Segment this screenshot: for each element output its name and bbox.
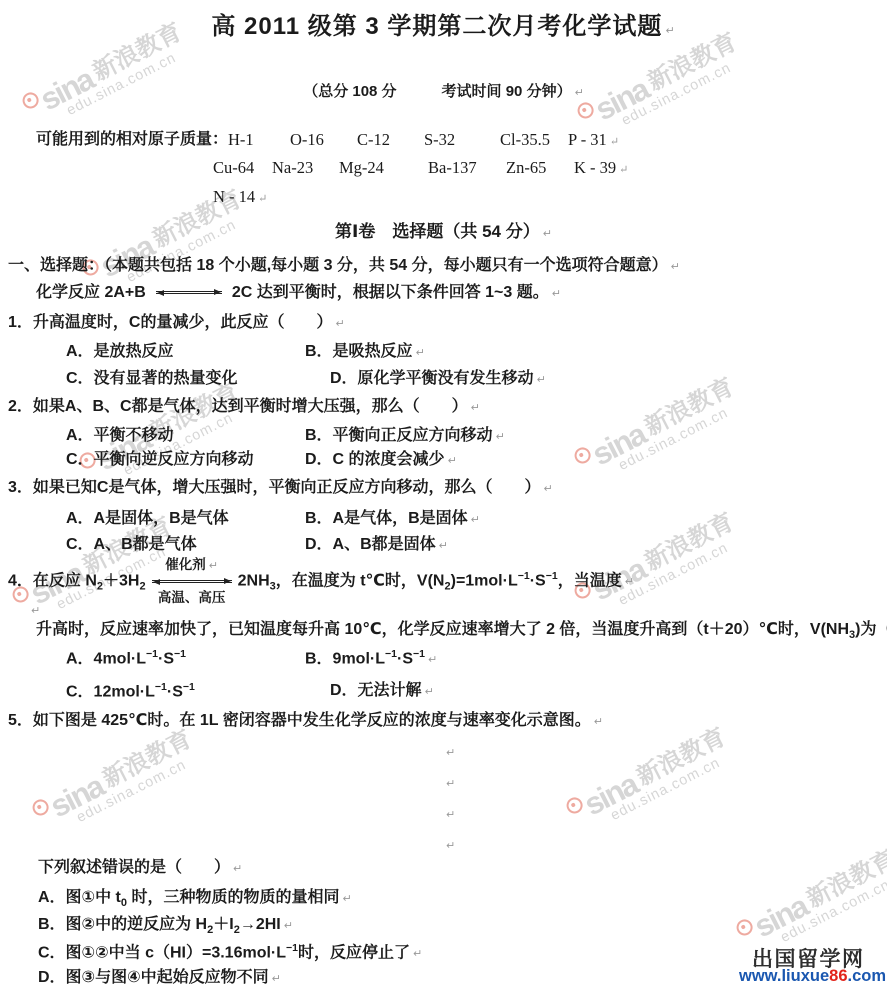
sina-watermark-row: sina 新浪教育 [569,367,739,477]
paragraph-mark: ↵ [443,773,455,793]
liuxue-site-url: www.liuxue86.com [739,967,886,986]
question-4-option-d: D．无法计解↵ [330,681,434,701]
atomic-mass-value: K - 39↵ [574,158,628,179]
question-1-option-c: C．没有显著的热量变化 [66,369,238,389]
sina-edu-brand: 新浪教育 [799,839,887,914]
sina-watermark-row: sina 新浪教育 [561,717,731,827]
question-1: 1．升高温度时，C的量减少，此反应（ ）↵ [8,313,345,333]
paragraph-mark-icon: ↵ [575,87,584,99]
atomic-mass-value: N - 14↵ [213,187,267,208]
question-3-option-d: D．A、B都是固体↵ [305,535,448,555]
sina-eye-logo-icon [572,445,594,467]
question-4-option-c: C．12mol·L−1·S−1 [66,681,195,702]
sina-watermark: sina 新浪教育 edu.sina.com.cn [27,719,204,842]
sina-eye-logo-icon [564,795,586,817]
question-1-option-d: D．原化学平衡没有发生移动↵ [330,369,546,389]
liuxue-url-suffix: .com [848,967,887,985]
sina-wordmark: sina [581,771,641,819]
page-title-text: 高 2011 级第 3 学期第二次月考化学试题 [211,13,662,40]
equilibrium-setup-statement: 化学反应 2A+B2C 达到平衡时，根据以下条件回答 1~3 题。↵ [36,283,561,303]
question-2-option-d: D．C 的浓度会减少↵ [305,450,457,470]
question-2-option-a: A．平衡不移动 [66,426,174,446]
question-5-option-c: C．图①②中当 c（HI）=3.16mol·L−1时，反应停止了↵ [38,942,422,963]
question-5: 5．如下图是 425℃时。在 1L 密闭容器中发生化学反应的浓度与速率变化示意图… [8,711,603,731]
sina-edu-url: edu.sina.com.cn [74,749,203,825]
question-4-option-b: B．9mol·L−1·S−1↵ [305,648,437,669]
sina-edu-brand: 新浪教育 [637,367,738,442]
atomic-mass-value: Cu-64 [213,158,254,179]
question-4: 4．在反应 N2＋3H2催化剂↵高温、高压2NH3，在温度为 t℃时，V(N2)… [8,556,634,606]
sina-wordmark: sina [47,773,107,821]
sina-eye-logo-icon [734,917,756,939]
atomic-mass-value: Cl-35.5 [500,130,550,151]
question-1-option-a: A．是放热反应 [66,342,174,362]
atomic-mass-value: Ba-137 [428,158,477,179]
atomic-mass-value: C-12 [357,130,390,151]
sina-watermark: sina 新浪教育 edu.sina.com.cn [561,717,738,840]
atomic-mass-value: O-16 [290,130,324,151]
liuxue-url-prefix: www.liuxue [739,967,829,985]
atomic-mass-value: P - 31↵ [568,130,619,151]
paragraph-mark: ↵ [443,835,455,855]
liuxue-url-number: 86 [829,967,847,985]
atomic-mass-value: H-1 [228,130,254,151]
question-3-option-a: A．A是固体，B是气体 [66,509,229,529]
sina-edu-brand: 新浪教育 [637,502,738,577]
multiple-choice-instructions: 一、选择题：（本题共包括 18 个小题,每小题 3 分，共 54 分，每小题只有… [8,256,680,276]
sina-wordmark: sina [589,421,649,469]
question-3-option-c: C．A、B都是气体 [66,535,197,555]
sina-wordmark: sina [751,893,811,941]
question-1-option-b: B．是吸热反应↵ [305,342,425,362]
paragraph-mark-icon: ↵ [665,25,675,37]
paragraph-mark: ↵ [443,804,455,824]
sina-edu-url: edu.sina.com.cn [616,397,745,473]
atomic-mass-value: Mg-24 [339,158,384,179]
question-2-option-b: B．平衡向正反应方向移动↵ [305,426,505,446]
exam-page: sina 新浪教育 edu.sina.com.cn sina 新浪教育 edu.… [0,0,887,990]
question-5-option-d: D．图③与图④中起始反应物不同↵ [38,968,281,988]
page-subtitle-text: （总分 108 分 考试时间 90 分钟） [303,83,571,100]
section-header: 第Ⅰ卷 选择题（共 54 分）↵ [0,217,887,242]
sina-watermark-row: sina 新浪教育 [731,839,887,949]
question-4-continued: 升高时，反应速率加快了，已知温度每升高 10℃，化学反应速率增大了 2 倍，当温… [36,620,887,643]
page-subtitle: （总分 108 分 考试时间 90 分钟）↵ [0,80,887,101]
sina-edu-url: edu.sina.com.cn [778,869,887,945]
paragraph-mark-icon: ↵ [543,228,552,240]
section-header-text: 第Ⅰ卷 选择题（共 54 分） [335,222,540,241]
question-3-option-b: B．A是气体，B是固体↵ [305,509,480,529]
sina-eye-logo-icon [575,100,597,122]
question-2-option-c: C．平衡向逆反应方向移动 [66,450,254,470]
sina-watermark-row: sina 新浪教育 [27,719,197,829]
sina-edu-url: edu.sina.com.cn [616,532,745,608]
question-2: 2．如果A、B、C都是气体，达到平衡时增大压强，那么（ ）↵ [8,397,480,417]
atomic-mass-value: Na-23 [272,158,313,179]
page-title: 高 2011 级第 3 学期第二次月考化学试题↵ [0,6,887,41]
sina-watermark: sina 新浪教育 edu.sina.com.cn [569,367,746,490]
sina-eye-logo-icon [30,797,52,819]
question-5-stem: 下列叙述错误的是（ ）↵ [38,858,242,878]
question-5-option-a: A．图①中 t0 时，三种物质的物质的量相同↵ [38,888,352,911]
paragraph-mark: ↵ [28,600,40,620]
paragraph-mark: ↵ [443,742,455,762]
atomic-mass-value: Zn-65 [506,158,546,179]
atomic-mass-value: S-32 [424,130,455,151]
sina-edu-url: edu.sina.com.cn [608,747,737,823]
question-5-option-b: B．图②中的逆反应为 H2＋I2→2HI↵ [38,915,293,938]
question-4-option-a: A．4mol·L−1·S−1 [66,648,186,669]
sina-edu-brand: 新浪教育 [629,717,730,792]
atomic-mass-label: 可能用到的相对原子质量： [36,130,228,150]
question-3: 3．如果已知C是气体，增大压强时，平衡向正反应方向移动，那么（ ）↵ [8,478,553,498]
